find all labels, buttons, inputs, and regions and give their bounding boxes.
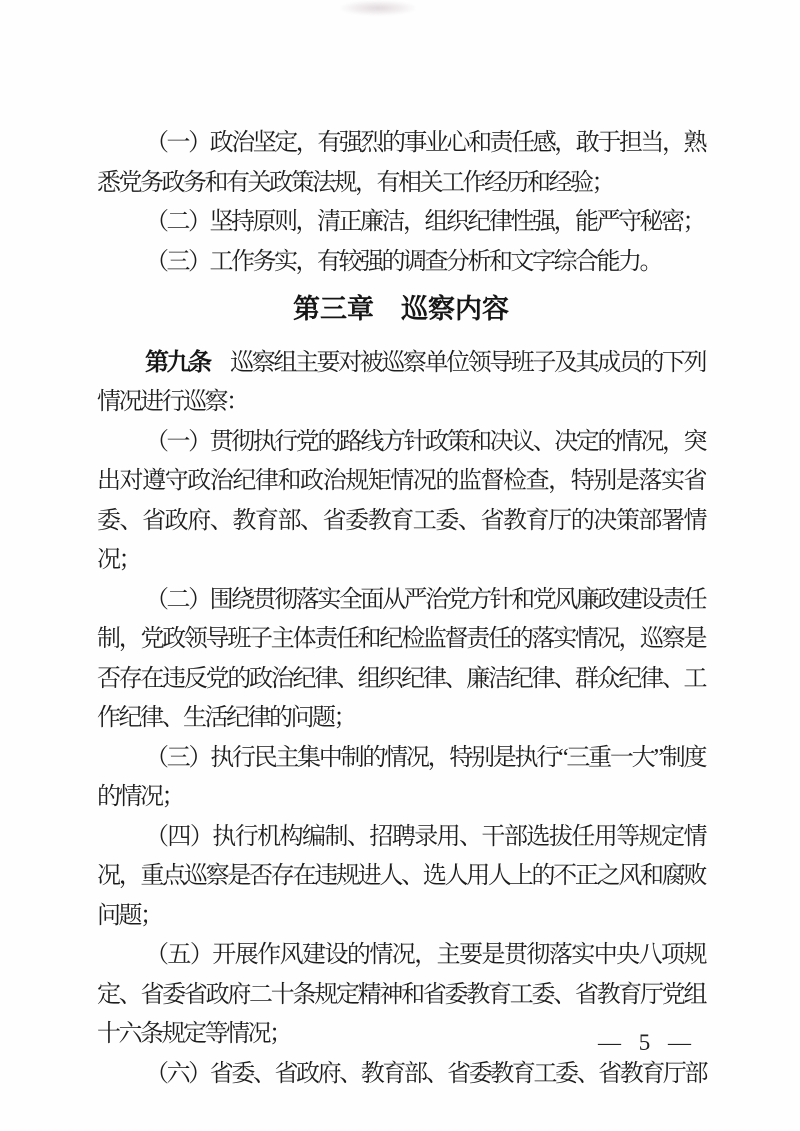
qualification-item-1: （一）政治坚定，有强烈的事业心和责任感，敢于担当，熟悉党务政务和有关政策法规，有…	[97, 124, 705, 203]
inspection-item-6: （六）省委、省政府、教育部、省委教育工委、省教育厅部	[97, 1055, 705, 1095]
article-number: 第九条	[145, 349, 210, 376]
qualification-item-2: （二）坚持原则，清正廉洁，组织纪律性强，能严守秘密；	[97, 203, 705, 243]
inspection-item-4: （四）执行机构编制、招聘录用、干部选拔任用等规定情况，重点巡察是否存在违规进人、…	[97, 818, 705, 937]
inspection-item-1: （一）贯彻执行党的路线方针政策和决议、决定的情况，突出对遵守政治纪律和政治规矩情…	[97, 423, 705, 581]
document-content: （一）政治坚定，有强烈的事业心和责任感，敢于担当，熟悉党务政务和有关政策法规，有…	[97, 124, 705, 1094]
article-9-paragraph: 第九条巡察组主要对被巡察单位领导班子及其成员的下列情况进行巡察：	[97, 343, 705, 423]
inspection-item-3: （三）执行民主集中制的情况，特别是执行“三重一大”制度的情况；	[97, 739, 705, 818]
chapter-heading: 第三章 巡察内容	[97, 290, 705, 330]
page-number: — 5 —	[598, 1030, 693, 1056]
inspection-item-2: （二）围绕贯彻落实全面从严治党方针和党风廉政建设责任制，党政领导班子主体责任和纪…	[97, 581, 705, 739]
scan-artifact	[338, 0, 418, 16]
qualification-item-3: （三）工作务实，有较强的调查分析和文字综合能力。	[97, 243, 705, 283]
document-page: （一）政治坚定，有强烈的事业心和责任感，敢于担当，熟悉党务政务和有关政策法规，有…	[0, 0, 800, 1131]
